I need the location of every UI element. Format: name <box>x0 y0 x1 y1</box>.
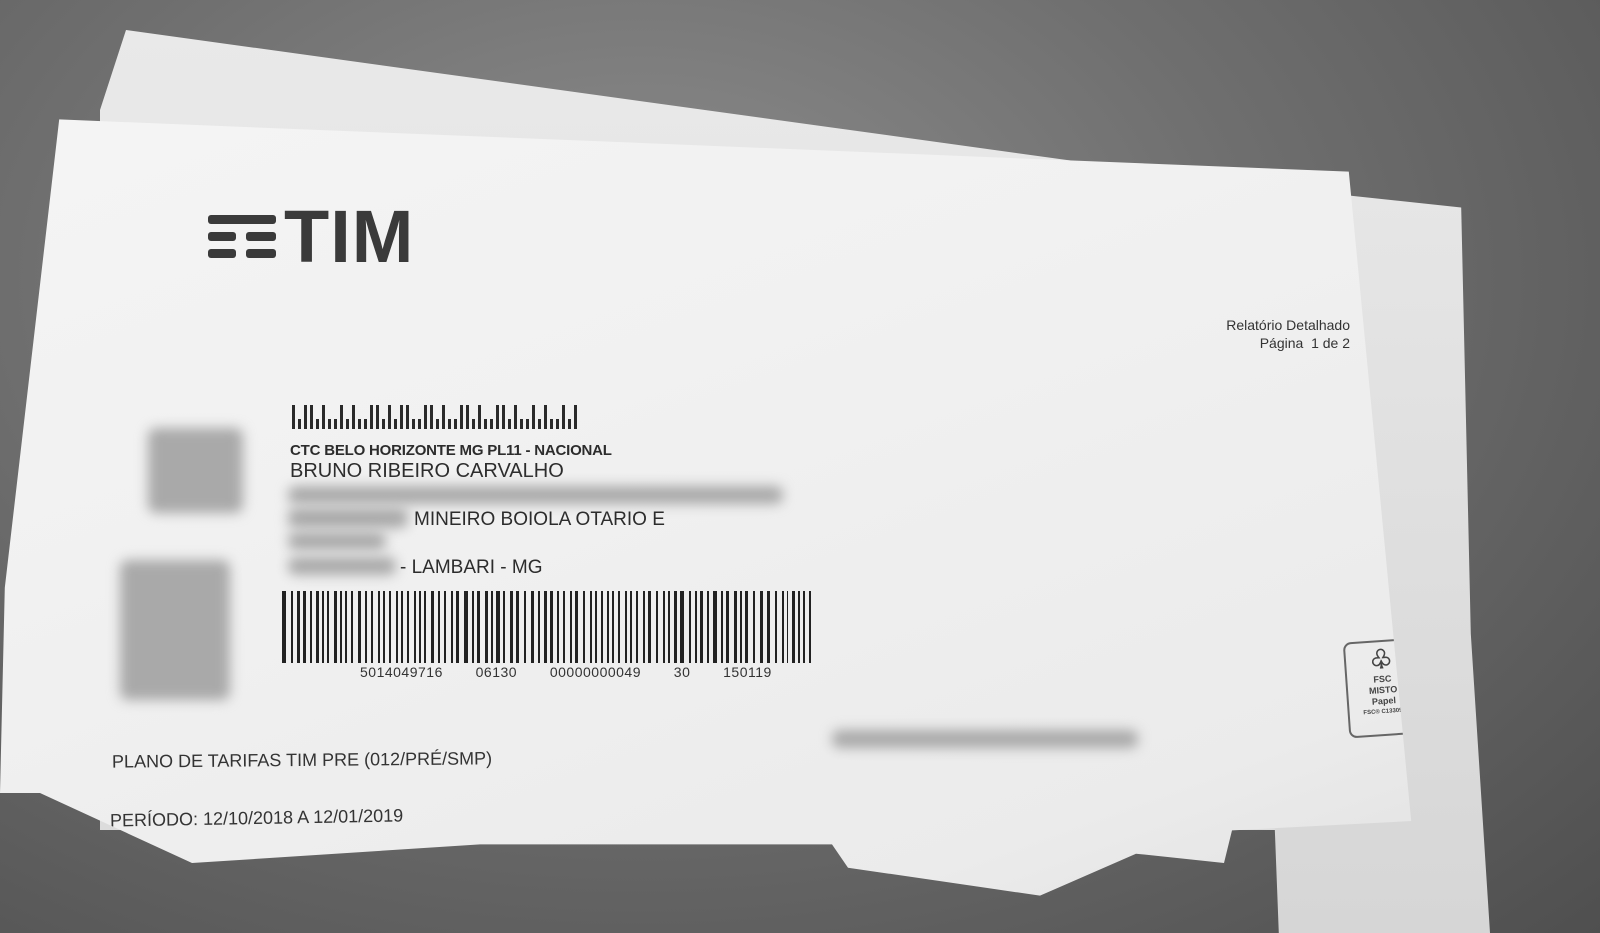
barcode <box>282 591 816 663</box>
redacted-address-line-5-prefix <box>288 557 396 575</box>
address-line-3: MINEIRO BOIOLA OTARIO E <box>414 509 665 531</box>
tim-logo: TIM <box>208 200 414 274</box>
redacted-address-line-4 <box>288 532 386 550</box>
redacted-address-line-2 <box>288 486 783 504</box>
page-indicator: Página 1 de 2 <box>1140 334 1350 352</box>
report-title: Relatório Detalhado <box>1140 316 1350 334</box>
address-line-5: - LAMBARI - MG <box>400 557 543 579</box>
recipient-name: BRUNO RIBEIRO CARVALHO <box>290 460 564 483</box>
report-header: Relatório Detalhado Página 1 de 2 <box>1140 316 1350 352</box>
tim-stripes-logo-icon <box>208 209 276 265</box>
tariff-plan: PLANO DE TARIFAS TIM PRE (012/PRÉ/SMP) <box>112 748 492 772</box>
routing-line: CTC BELO HORIZONTE MG PL11 - NACIONAL <box>290 442 612 459</box>
billing-period: PERÍODO: 12/10/2018 A 12/01/2019 <box>110 805 404 831</box>
redacted-block-upper-left <box>148 428 243 513</box>
redacted-line-lower-right <box>832 730 1138 748</box>
barcode-number: 5014049716 06130 00000000049 30 150119 <box>360 664 772 680</box>
brand-name: TIM <box>284 200 414 274</box>
redacted-address-line-3-prefix <box>288 508 408 528</box>
postal-barcode <box>292 403 577 429</box>
redacted-block-lower-left <box>120 560 230 700</box>
